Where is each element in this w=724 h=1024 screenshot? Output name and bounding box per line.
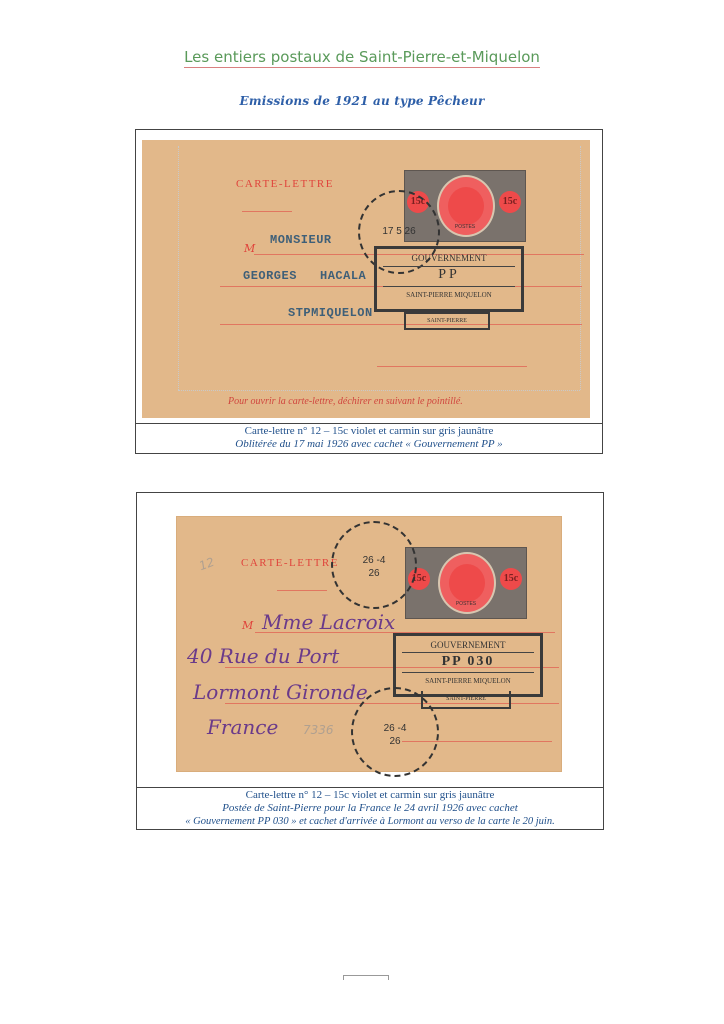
cachet-line-1: GOUVERNEMENT (377, 253, 521, 263)
page-title: Les entiers postaux de Saint-Pierre-et-M… (0, 48, 724, 66)
handwritten-address-line: 40 Rue du Port (187, 644, 339, 668)
cachet-line-2: PP 030 (396, 654, 540, 670)
item-caption-1: Carte-lettre n° 12 – 15c violet et carmi… (136, 423, 602, 453)
cachet-line-3: SAINT-PIERRE MIQUELON (377, 291, 521, 299)
opening-instruction: Pour ouvrir la carte-lettre, déchirer en… (228, 396, 463, 407)
postage-stamp: 15c POSTES 15c (405, 547, 527, 619)
saint-pierre-subcachet: SAINT-PIERRE (404, 312, 490, 330)
cachet-separator (402, 652, 534, 653)
item-caption-2: Carte-lettre n° 12 – 15c violet et carmi… (137, 787, 603, 829)
postmark-second: 26 -4 26 (351, 687, 439, 777)
carte-lettre-card-2: 12 CARTE-LETTRE M Mme Lacroix 40 Rue du … (177, 517, 561, 771)
address-typed-line: STPMIQUELON (288, 306, 373, 320)
carte-lettre-heading: CARTE-LETTRE (236, 178, 334, 190)
cachet-line-2: PP (377, 267, 521, 283)
fisherman-portrait-icon (448, 187, 484, 225)
stamp-label: POSTES (446, 601, 486, 607)
caption-line: Carte-lettre n° 12 – 15c violet et carmi… (137, 789, 603, 802)
postmark-date: 26 -4 (353, 723, 437, 734)
cachet-line-1: GOUVERNEMENT (396, 640, 540, 650)
perforation-line (178, 390, 580, 391)
caption-line: « Gouvernement PP 030 » et cachet d'arri… (137, 815, 603, 828)
carte-lettre-card-1: CARTE-LETTRE M MONSIEUR GEORGES HACALA S… (142, 140, 590, 418)
perforation-line (178, 146, 179, 390)
pencil-number: 7336 (303, 723, 334, 737)
caption-line: Carte-lettre n° 12 – 15c violet et carmi… (136, 425, 602, 438)
gouvernement-cachet: GOUVERNEMENT PP SAINT-PIERRE MIQUELON (374, 246, 524, 312)
item-frame-2: 12 CARTE-LETTRE M Mme Lacroix 40 Rue du … (136, 492, 604, 830)
handwritten-address-line: Lormont Gironde (193, 680, 368, 704)
caption-line: Oblitérée du 17 mai 1926 avec cachet « G… (136, 438, 602, 451)
postmark-departure: 26 -4 26 (331, 521, 417, 609)
item-frame-1: CARTE-LETTRE M MONSIEUR GEORGES HACALA S… (135, 129, 603, 454)
page-title-text: Les entiers postaux de Saint-Pierre-et-M… (184, 48, 540, 68)
stamp-value-right: 15c (500, 568, 522, 590)
stamp-label: POSTES (445, 224, 485, 230)
handwritten-address-line: France (207, 715, 278, 739)
pencil-note: 12 (197, 555, 216, 573)
postmark-year: 26 (333, 568, 415, 579)
address-line (220, 324, 582, 325)
cachet-separator (402, 672, 534, 673)
fisherman-portrait-icon (449, 564, 485, 602)
address-line (377, 366, 527, 367)
cachet-line-3: SAINT-PIERRE MIQUELON (396, 677, 540, 685)
address-typed-line: MONSIEUR (270, 233, 332, 247)
postmark-date: 26 -4 (333, 555, 415, 566)
address-prefix: M (242, 619, 253, 632)
page-footer-mark (343, 975, 389, 980)
perforation-line (580, 146, 581, 390)
ornament-line (242, 211, 292, 212)
address-typed-line: GEORGES HACALA (243, 269, 366, 283)
carte-lettre-heading: CARTE-LETTRE (241, 557, 339, 569)
stamp-value-right: 15c (499, 191, 521, 213)
saint-pierre-subcachet: SAINT-PIERRE (421, 691, 511, 709)
ornament-line (277, 590, 327, 591)
gouvernement-cachet: GOUVERNEMENT PP 030 SAINT-PIERRE MIQUELO… (393, 633, 543, 697)
page-subtitle: Emissions de 1921 au type Pêcheur (0, 94, 724, 108)
postmark-year: 26 (353, 736, 437, 747)
cachet-separator (383, 286, 515, 287)
caption-line: Postée de Saint-Pierre pour la France le… (137, 802, 603, 815)
handwritten-address-line: Mme Lacroix (262, 610, 395, 634)
postmark-date: 17 5 26 (360, 226, 438, 237)
